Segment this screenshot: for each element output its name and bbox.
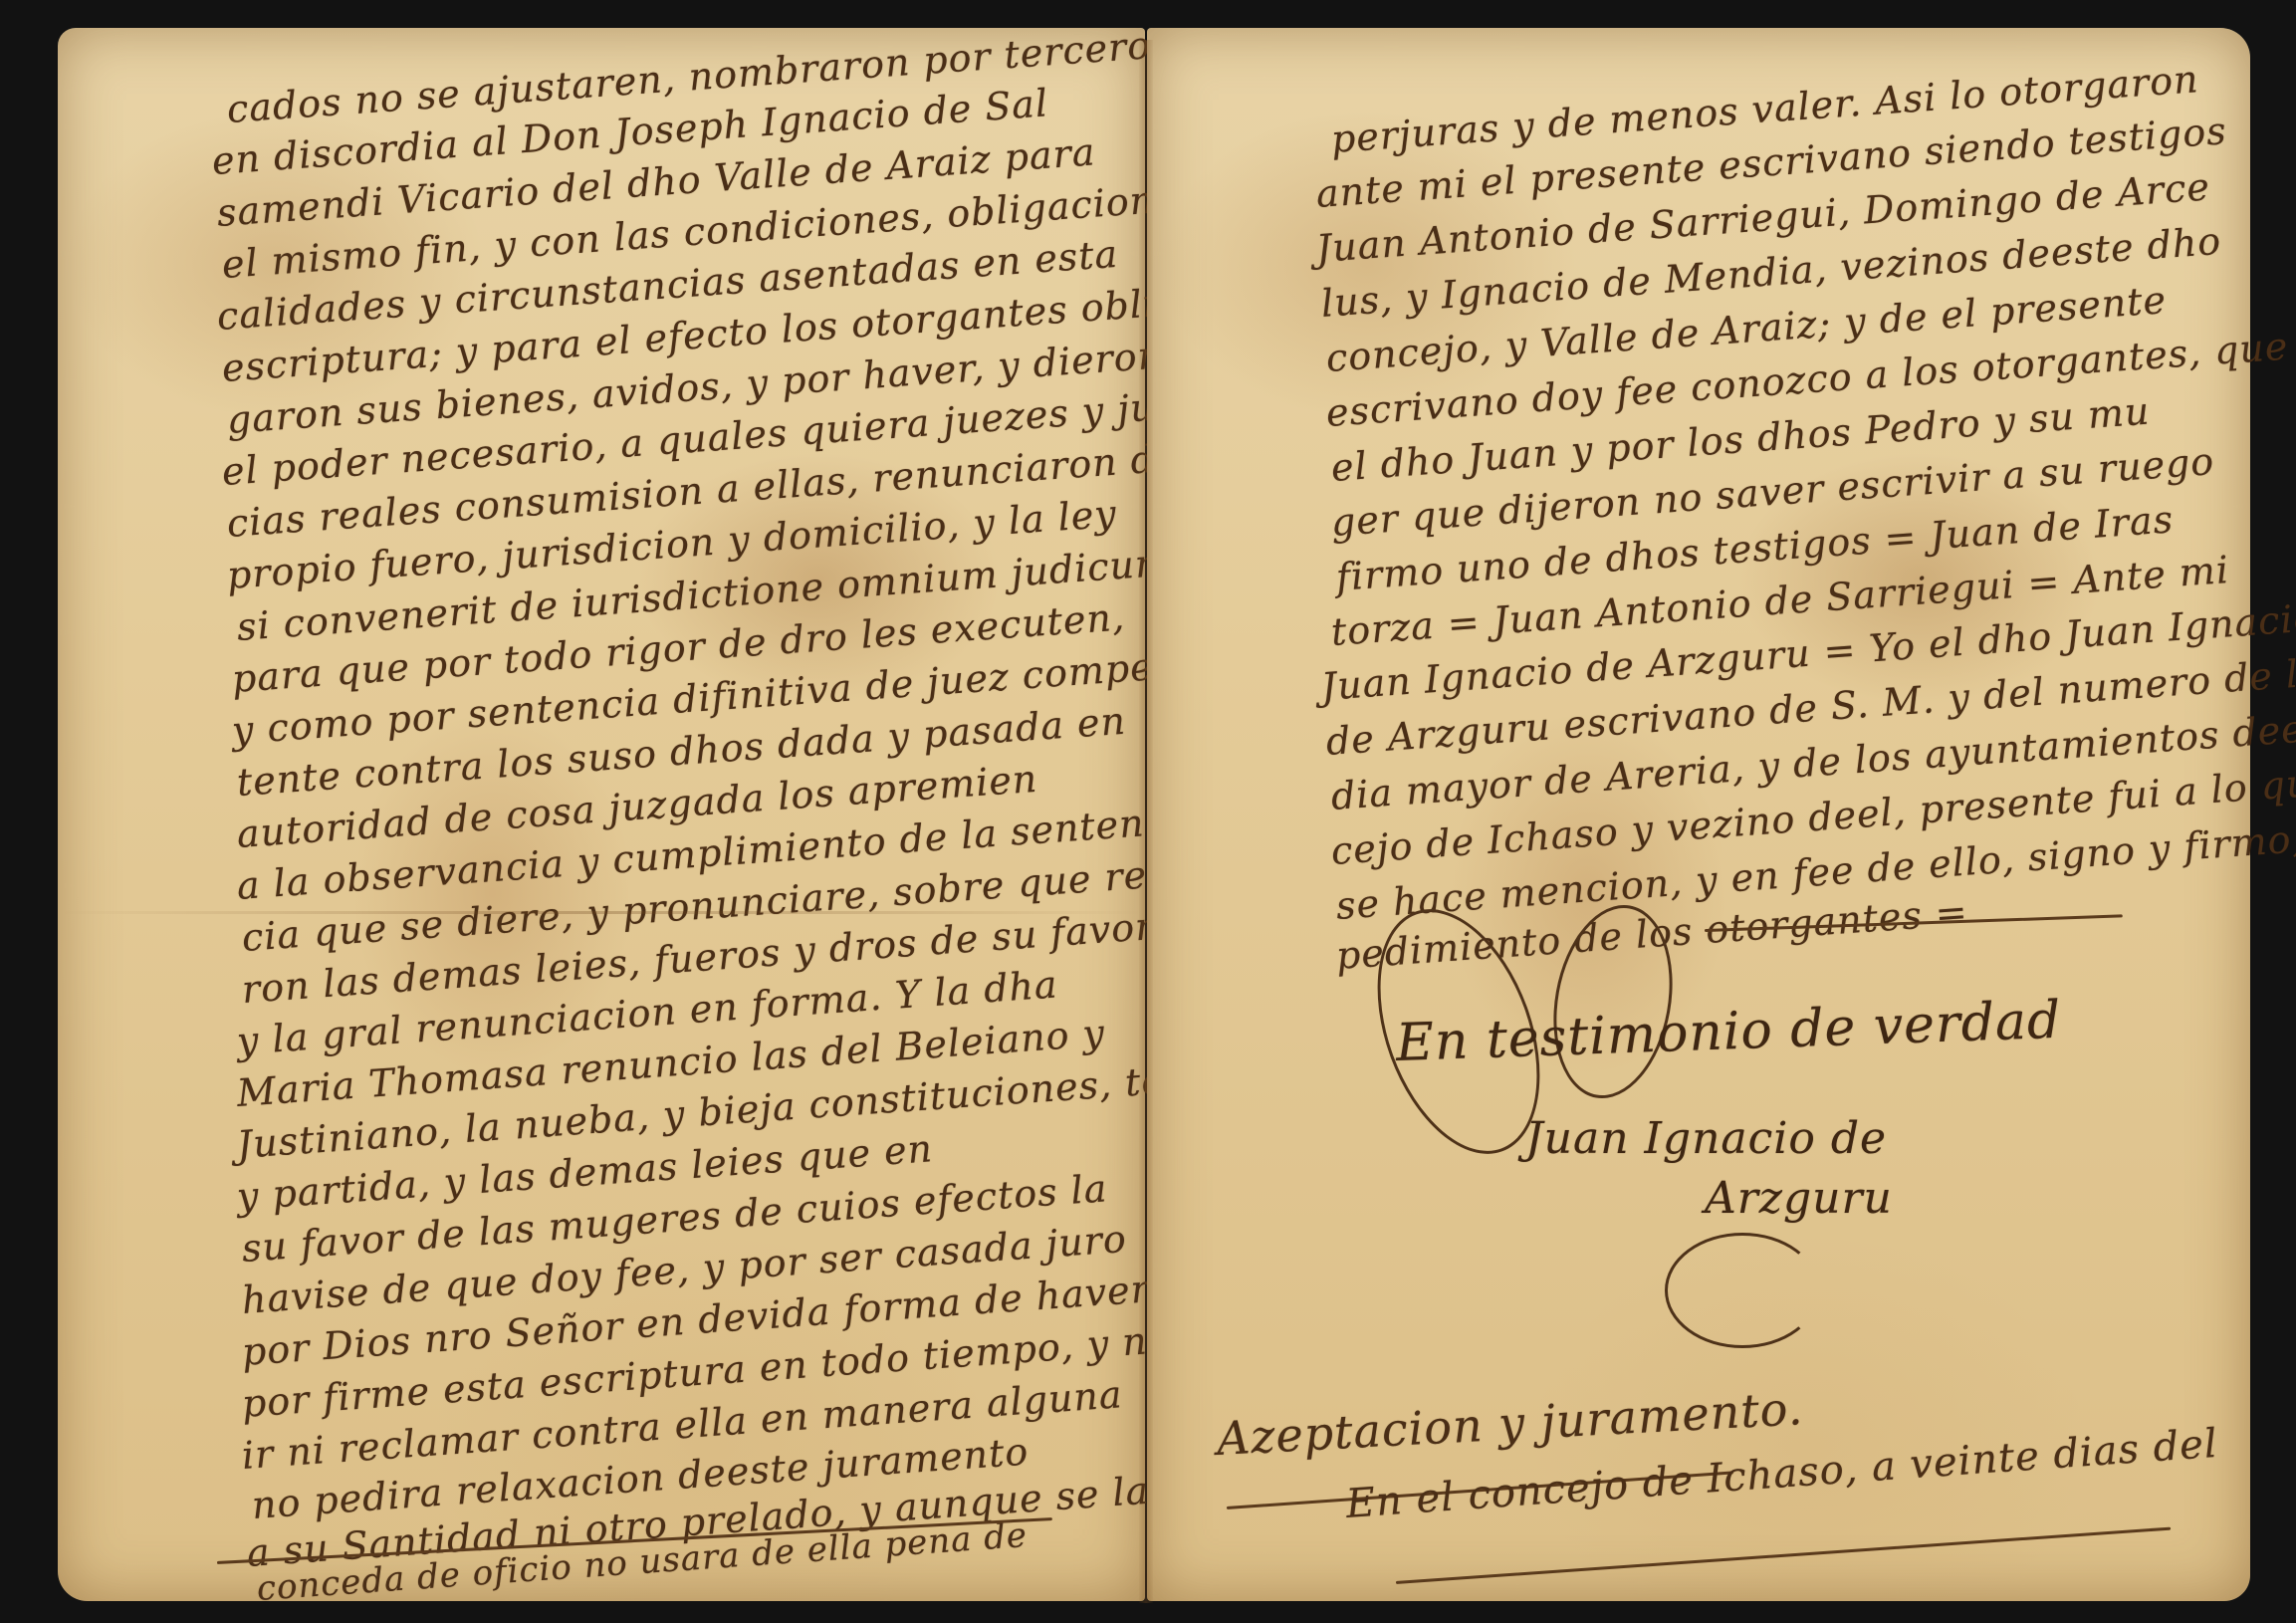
section-heading: Azeptacion y juramento. <box>1216 1381 1805 1466</box>
book-spine <box>1139 40 1153 1603</box>
right-page: perjuras y de menos valer. Asi lo otorga… <box>1147 28 2250 1601</box>
signature-surname: Arzguru <box>1705 1173 1893 1224</box>
manuscript-spread: cados no se ajustaren, nombraron por ter… <box>0 0 2296 1623</box>
page-fold-crease <box>58 911 1145 914</box>
left-page: cados no se ajustaren, nombraron por ter… <box>58 28 1145 1601</box>
signature-paraph-icon <box>1665 1233 1820 1348</box>
closing-rule <box>1396 1527 2171 1584</box>
signature-name: Juan Ignacio de <box>1525 1113 1887 1164</box>
